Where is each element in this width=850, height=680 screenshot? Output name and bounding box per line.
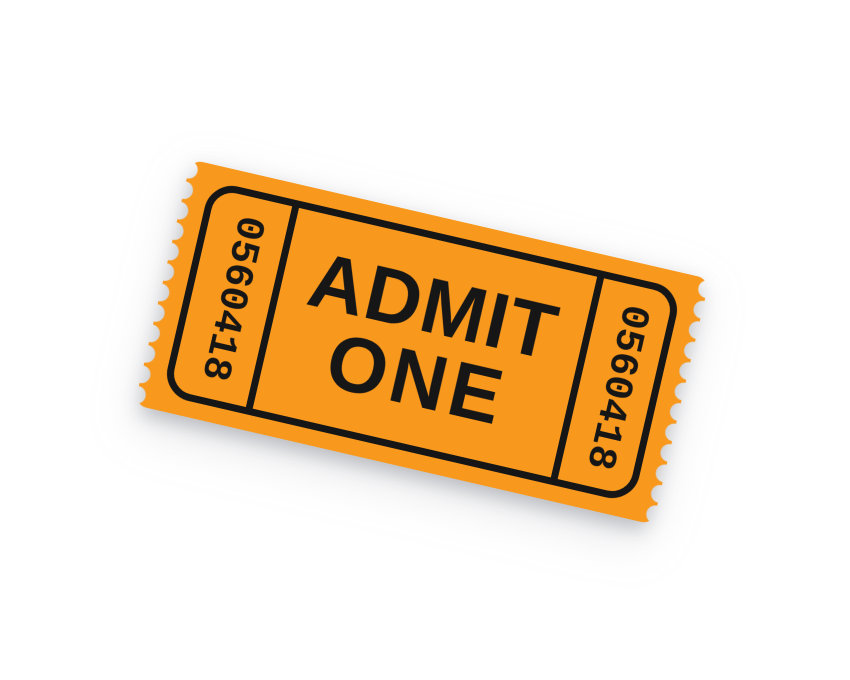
admit-one-ticket: 0560418 0560418 ADMIT ONE	[134, 159, 709, 524]
white-background: 0560418 0560418 ADMIT ONE	[0, 0, 850, 680]
